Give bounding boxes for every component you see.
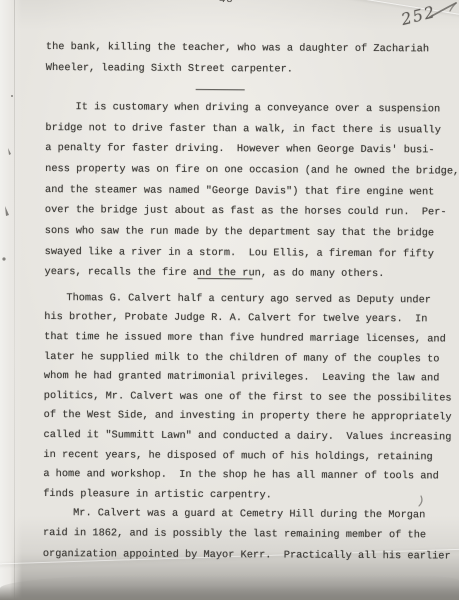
- text-line: his brother, Probate Judge R. A. Calvert…: [44, 308, 446, 330]
- text-line: a home and workshop. In the shop he has …: [43, 465, 445, 487]
- typed-text-body: the bank, killing the teacher, who was a…: [43, 37, 448, 567]
- section-divider: [196, 89, 245, 90]
- paper-crease-left: [14, 0, 15, 600]
- text-line: organization appointed by Mayor Kerr. Pr…: [43, 544, 445, 567]
- text-line: It is customary when driving a conveyanc…: [46, 97, 448, 120]
- text-line: a penalty for faster driving. However wh…: [45, 138, 447, 161]
- text-line: years, recalls the fire and the run, as …: [44, 262, 446, 285]
- text-line: sons who saw the run made by the departm…: [45, 221, 447, 244]
- text-line: over the bridge just about as fast as th…: [45, 200, 447, 223]
- text-line: Wheeler, leading Sixth Street carpenter.: [46, 58, 448, 81]
- paragraph: the bank, killing the teacher, who was a…: [46, 37, 448, 81]
- text-line: whom he had granted matrimonial privileg…: [44, 367, 446, 389]
- text-line: raid in 1862, and is possibly the last r…: [43, 523, 445, 546]
- text-line: later he supplied milk to the children o…: [44, 348, 446, 370]
- text-line: in recent years, he disposed of much of …: [43, 446, 445, 468]
- text-line: swayed like a river in a storm. Lou Elli…: [45, 242, 447, 265]
- text-line: and the steamer was named "George Davis"…: [45, 180, 447, 203]
- text-line: of the West Side, and investing in prope…: [44, 406, 446, 428]
- text-line: the bank, killing the teacher, who was a…: [46, 37, 448, 60]
- paragraph: It is customary when driving a conveyanc…: [44, 97, 447, 286]
- text-line: Mr. Calvert was a guard at Cemetry Hill …: [43, 503, 445, 526]
- scan-specks: [2, 95, 13, 261]
- text-line: ness property was on fire on one occasio…: [45, 159, 447, 182]
- paper-bottom-edge: [0, 574, 459, 600]
- text-line: that time he issued more than five hundr…: [44, 328, 446, 350]
- text-line: bridge not to drive faster than a walk, …: [45, 118, 447, 141]
- page-number: -48-: [212, 0, 241, 6]
- paragraph: Mr. Calvert was a guard at Cemetry Hill …: [43, 503, 445, 568]
- paragraph: Thomas G. Calvert half a century ago ser…: [43, 289, 446, 507]
- text-line: called it "Summitt Lawn" and conducted a…: [44, 426, 446, 448]
- text-line: politics, Mr. Calvert was one of the fir…: [44, 387, 446, 409]
- text-line: Thomas G. Calvert half a century ago ser…: [44, 289, 446, 311]
- scanned-document-page: -48- 252 the bank, killing the teacher, …: [0, 0, 459, 600]
